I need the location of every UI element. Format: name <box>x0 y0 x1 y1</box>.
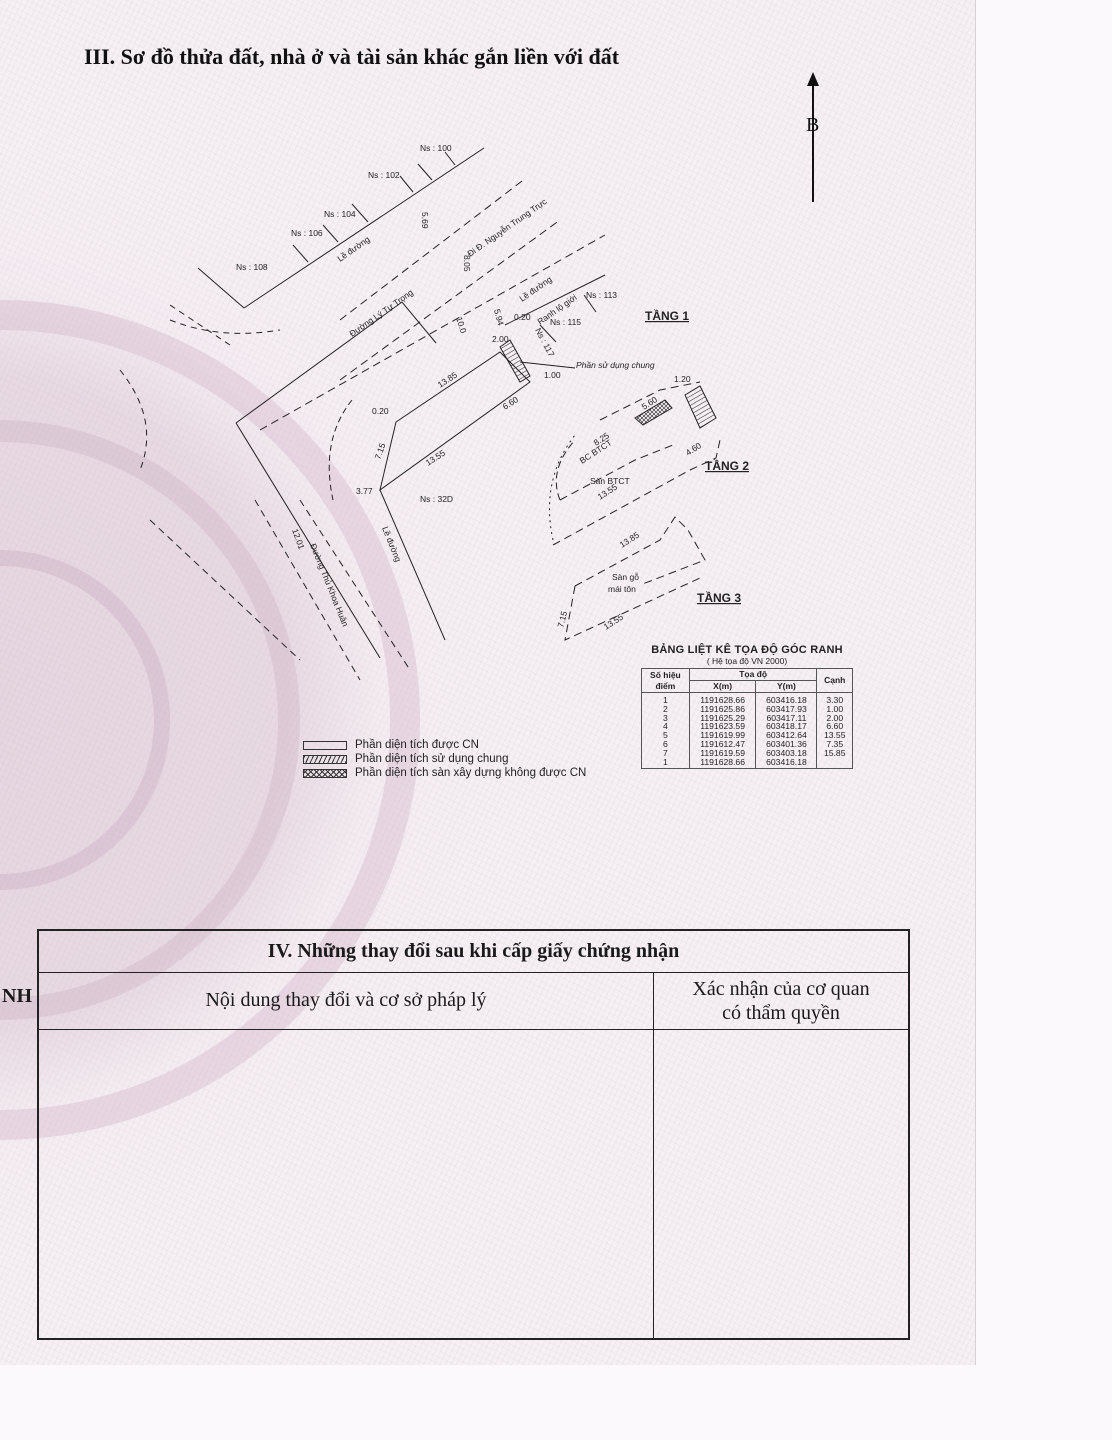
svg-text:TẦNG 3: TẦNG 3 <box>697 590 741 605</box>
cell-edge <box>817 758 853 769</box>
svg-text:Ns : 108: Ns : 108 <box>236 262 268 272</box>
column-authority-confirmation: Xác nhận của cơ quancó thẩm quyền <box>654 972 908 1029</box>
outline-swatch-icon <box>303 741 347 750</box>
table-row: 71191619.59603403.1815.85 <box>642 749 853 758</box>
svg-text:Đi Đ. Nguyễn Trung Trực: Đi Đ. Nguyễn Trung Trực <box>465 196 549 259</box>
table-row: 11191628.66603416.183.30 <box>642 693 853 705</box>
legend-item-certified: Phần diện tích được CN <box>303 738 586 752</box>
table-row: 51191619.99603412.6413.55 <box>642 731 853 740</box>
svg-text:Ns : 32D: Ns : 32D <box>420 494 453 504</box>
adjacent-page-fragment: NH <box>2 985 32 1008</box>
svg-text:1.20: 1.20 <box>674 374 691 384</box>
cell-y: 603416.18 <box>756 758 817 769</box>
cell-x: 1191628.66 <box>689 693 756 705</box>
svg-text:Đường Thủ Khoa Huân: Đường Thủ Khoa Huân <box>308 542 351 628</box>
svg-text:Lề đường: Lề đường <box>517 274 553 304</box>
svg-text:6.60: 6.60 <box>501 394 521 412</box>
svg-text:Ns : 115: Ns : 115 <box>550 317 581 327</box>
svg-text:3.77: 3.77 <box>356 486 373 496</box>
svg-text:4.60: 4.60 <box>684 440 704 458</box>
table-row: 31191625.29603417.112.00 <box>642 714 853 723</box>
svg-text:Ns : 100: Ns : 100 <box>420 143 452 153</box>
svg-text:Đường Lý Tự Trọng: Đường Lý Tự Trọng <box>347 287 415 339</box>
svg-text:Lề đường: Lề đường <box>335 234 371 264</box>
hatch-swatch-icon <box>303 755 347 764</box>
svg-text:5.69: 5.69 <box>420 212 430 229</box>
legend-item-uncertified: Phần diện tích sàn xây dựng không được C… <box>303 766 586 780</box>
coordinate-table: BẢNG LIỆT KÊ TỌA ĐỘ GÓC RANH ( Hệ tọa độ… <box>641 644 853 769</box>
cell-edge: 15.85 <box>817 749 853 758</box>
header-coord: Tọa độ <box>689 669 817 681</box>
coord-table-title: BẢNG LIỆT KÊ TỌA ĐỘ GÓC RANH <box>641 644 853 656</box>
svg-text:13.55: 13.55 <box>602 612 626 632</box>
authority-confirmation-cell <box>654 1029 908 1338</box>
cell-edge: 3.30 <box>817 693 853 705</box>
table-row: 61191612.47603401.367.35 <box>642 740 853 749</box>
cell-x: 1191628.66 <box>689 758 756 769</box>
header-x: X(m) <box>689 681 756 693</box>
cell-point: 1 <box>642 758 690 769</box>
svg-text:Ns : 104: Ns : 104 <box>324 209 356 219</box>
svg-text:10.0: 10.0 <box>454 316 469 335</box>
section-4-changes-table: IV. Những thay đổi sau khi cấp giấy chứn… <box>37 929 910 1340</box>
svg-text:Lề đường: Lề đường <box>380 525 403 564</box>
svg-text:TẦNG 1: TẦNG 1 <box>645 308 689 323</box>
land-plot-diagram: Ns : 100 Ns : 102 Ns : 104 Ns : 106 Ns :… <box>0 0 1112 920</box>
svg-text:0.20: 0.20 <box>514 312 531 322</box>
svg-text:1.00: 1.00 <box>544 370 561 380</box>
svg-text:13.85: 13.85 <box>436 370 460 390</box>
svg-text:Ns : 113: Ns : 113 <box>586 290 617 300</box>
legend: Phần diện tích được CN Phần diện tích sử… <box>303 738 586 780</box>
column-change-content: Nội dung thay đổi và cơ sở pháp lý <box>39 972 654 1029</box>
table-row: 21191625.86603417.931.00 <box>642 705 853 714</box>
cell-point: 1 <box>642 693 690 705</box>
svg-text:13.55: 13.55 <box>424 448 448 468</box>
svg-text:2.00: 2.00 <box>492 334 509 344</box>
cell-y: 603416.18 <box>756 693 817 705</box>
svg-text:Ns : 102: Ns : 102 <box>368 170 400 180</box>
table-row: 11191628.66603416.18 <box>642 758 853 769</box>
svg-text:Sàn BTCT: Sàn BTCT <box>590 476 630 486</box>
table-row: 41191623.59603418.176.60 <box>642 722 853 731</box>
svg-text:12.01: 12.01 <box>290 527 307 551</box>
legend-item-shared: Phần diện tích sử dụng chung <box>303 752 586 766</box>
svg-text:13.85: 13.85 <box>618 530 642 550</box>
svg-text:mái tôn: mái tôn <box>608 584 636 594</box>
svg-text:7.15: 7.15 <box>372 441 387 460</box>
section-4-title: IV. Những thay đổi sau khi cấp giấy chứn… <box>39 931 908 973</box>
header-edge: Cạnh <box>817 669 853 693</box>
svg-text:Ns : 117: Ns : 117 <box>533 326 557 358</box>
coord-table-subtitle: ( Hệ tọa độ VN 2000) <box>641 656 853 666</box>
svg-text:TẦNG 2: TẦNG 2 <box>705 458 749 473</box>
svg-text:5.94: 5.94 <box>492 308 506 327</box>
svg-text:0.20: 0.20 <box>372 406 389 416</box>
svg-text:Phần sử dụng chung: Phần sử dụng chung <box>576 360 655 370</box>
change-content-cell <box>39 1029 654 1338</box>
header-y: Y(m) <box>756 681 817 693</box>
svg-text:Sàn gỗ: Sàn gỗ <box>612 572 639 582</box>
svg-text:Ns : 106: Ns : 106 <box>291 228 323 238</box>
header-point: Số hiệuđiểm <box>642 669 690 693</box>
crosshatch-swatch-icon <box>303 769 347 778</box>
svg-text:8.05: 8.05 <box>462 255 472 272</box>
